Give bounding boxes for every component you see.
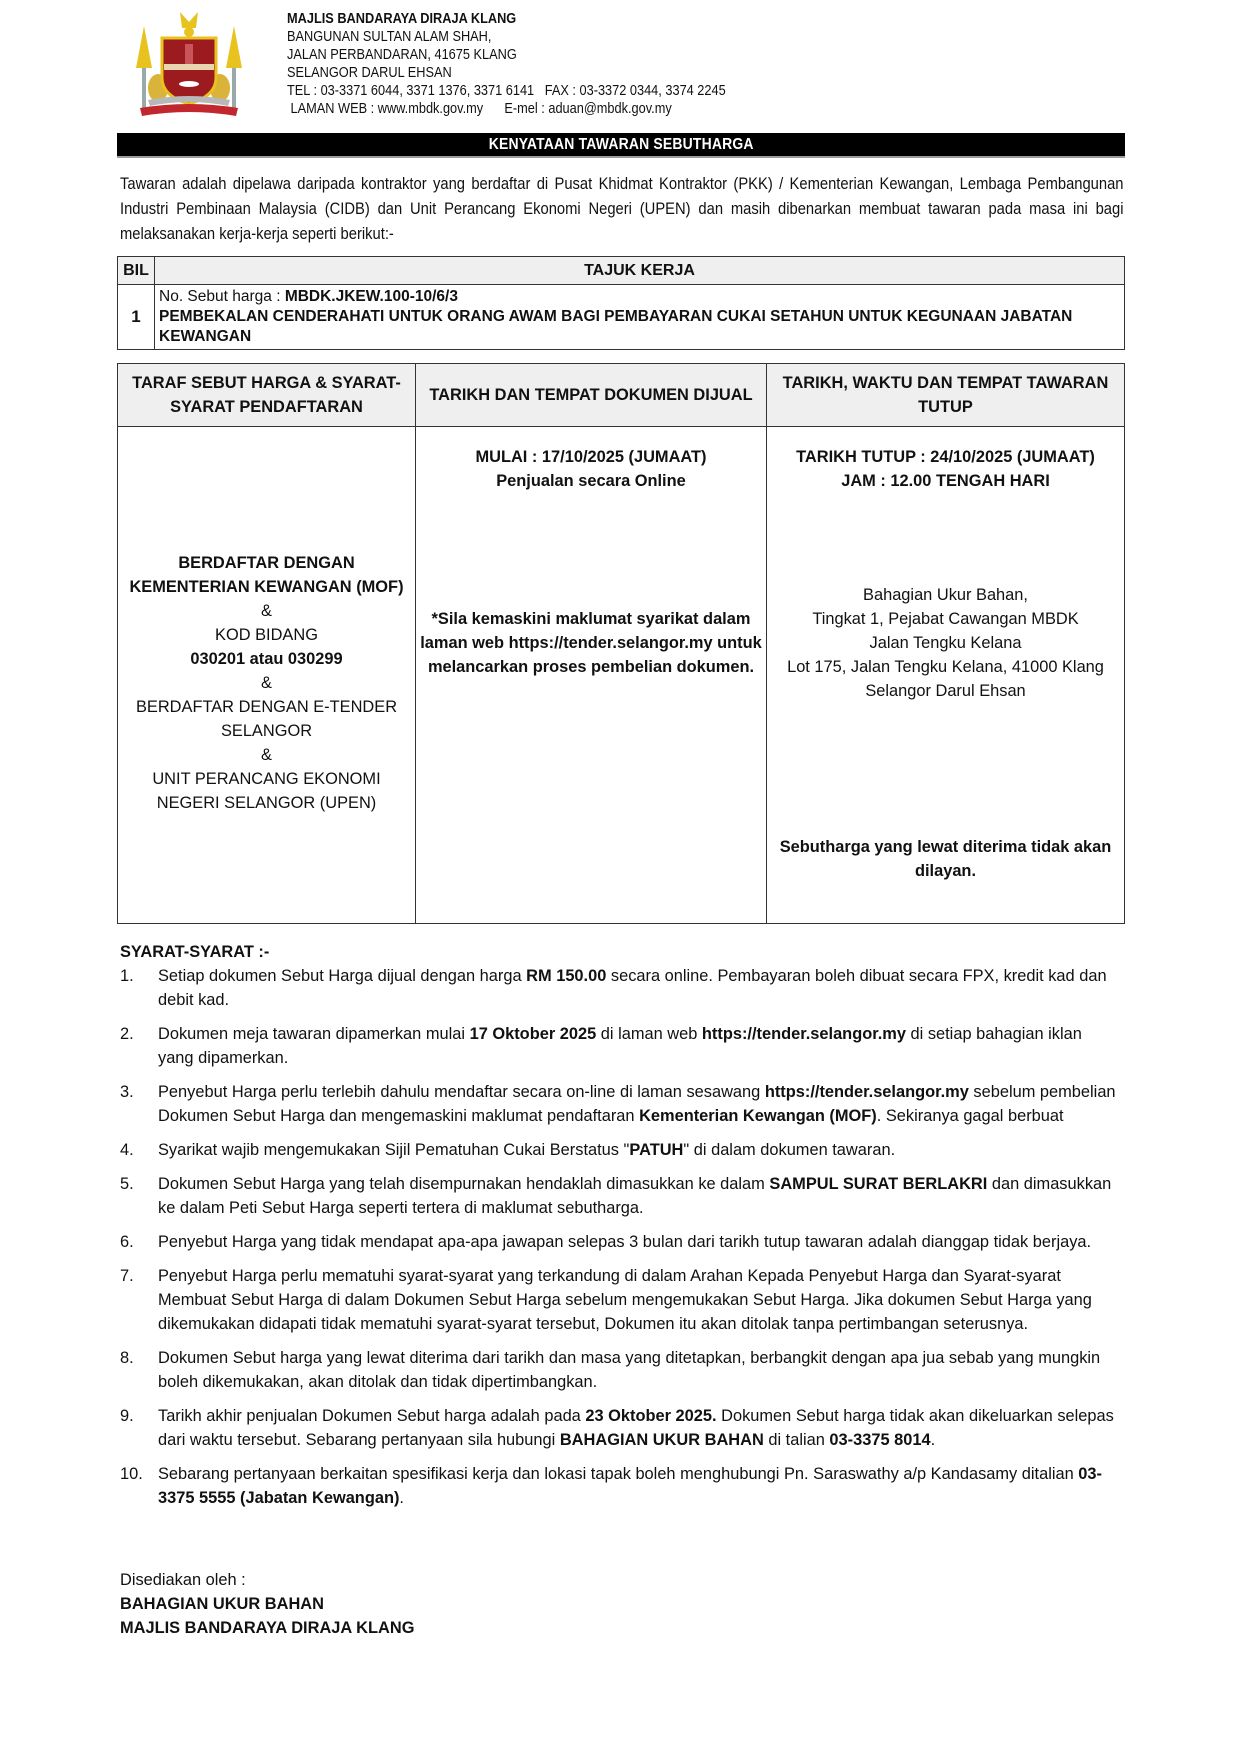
condition-number: 3. bbox=[120, 1080, 134, 1104]
condition-item: 4.Syarikat wajib mengemukakan Sijil Pema… bbox=[120, 1138, 1120, 1162]
prepared-by-department: BAHAGIAN UKUR BAHAN bbox=[120, 1592, 414, 1616]
condition-text: Tarikh akhir penjualan Dokumen Sebut har… bbox=[158, 1404, 1120, 1452]
reference-number: MBDK.JKEW.100-10/6/3 bbox=[285, 288, 458, 305]
mbdk-crest-icon bbox=[130, 8, 248, 120]
address-line: JALAN PERBANDARAN, 41675 KLANG bbox=[287, 46, 726, 64]
condition-item: 7.Penyebut Harga perlu mematuhi syarat-s… bbox=[120, 1264, 1120, 1336]
address-line: Bahagian Ukur Bahan, bbox=[767, 583, 1124, 607]
work-description: No. Sebut harga : MBDK.JKEW.100-10/6/3 P… bbox=[155, 285, 1125, 350]
prepared-by: Disediakan oleh : BAHAGIAN UKUR BAHAN MA… bbox=[120, 1568, 414, 1640]
document-title-bar: KENYATAAN TAWARAN SEBUTHARGA bbox=[117, 133, 1125, 156]
closing-cell: TARIKH TUTUP : 24/10/2025 (JUMAAT) JAM :… bbox=[767, 427, 1125, 924]
condition-text: Penyebut Harga perlu terlebih dahulu men… bbox=[158, 1080, 1120, 1128]
update-company-note: *Sila kemaskini maklumat syarikat dalam … bbox=[416, 607, 766, 679]
condition-number: 2. bbox=[120, 1022, 134, 1046]
condition-text: Setiap dokumen Sebut Harga dijual dengan… bbox=[158, 964, 1120, 1012]
tender-notice-page: MAJLIS BANDARAYA DIRAJA KLANG BANGUNAN S… bbox=[0, 0, 1241, 1755]
condition-number: 8. bbox=[120, 1346, 134, 1370]
condition-text: Sebarang pertanyaan berkaitan spesifikas… bbox=[158, 1462, 1120, 1510]
letterhead: MAJLIS BANDARAYA DIRAJA KLANG BANGUNAN S… bbox=[287, 10, 726, 118]
condition-item: 5.Dokumen Sebut Harga yang telah disempu… bbox=[120, 1172, 1120, 1220]
closing-time: JAM : 12.00 TENGAH HARI bbox=[767, 469, 1124, 493]
condition-item: 2.Dokumen meja tawaran dipamerkan mulai … bbox=[120, 1022, 1120, 1070]
address-line: BANGUNAN SULTAN ALAM SHAH, bbox=[287, 28, 726, 46]
table-row: 1 No. Sebut harga : MBDK.JKEW.100-10/6/3… bbox=[118, 285, 1125, 350]
registration-requirements-cell: BERDAFTAR DENGAN KEMENTERIAN KEWANGAN (M… bbox=[118, 427, 416, 924]
conditions-title: SYARAT-SYARAT :- bbox=[120, 940, 1120, 964]
condition-text: Dokumen Sebut Harga yang telah disempurn… bbox=[158, 1172, 1120, 1220]
address-line: Jalan Tengku Kelana bbox=[767, 631, 1124, 655]
address-line: SELANGOR DARUL EHSAN bbox=[287, 64, 726, 82]
row-number: 1 bbox=[118, 285, 155, 350]
ampersand: & bbox=[118, 599, 415, 623]
sale-mode: Penjualan secara Online bbox=[416, 469, 766, 493]
intro-paragraph: Tawaran adalah dipelawa daripada kontrak… bbox=[120, 172, 1124, 247]
requirement-etender: BERDAFTAR DENGAN E-TENDER SELANGOR bbox=[118, 695, 415, 743]
work-title: PEMBEKALAN CENDERAHATI UNTUK ORANG AWAM … bbox=[159, 307, 1120, 347]
requirement-upen: UNIT PERANCANG EKONOMI NEGERI SELANGOR (… bbox=[118, 767, 415, 815]
condition-text: Penyebut Harga perlu mematuhi syarat-sya… bbox=[158, 1264, 1120, 1336]
closing-address: Bahagian Ukur Bahan, Tingkat 1, Pejabat … bbox=[767, 583, 1124, 703]
condition-number: 9. bbox=[120, 1404, 134, 1428]
web-email-line: LAMAN WEB : www.mbdk.gov.my E-mel : adua… bbox=[287, 100, 726, 118]
condition-number: 1. bbox=[120, 964, 134, 988]
condition-text: Penyebut Harga yang tidak mendapat apa-a… bbox=[158, 1230, 1120, 1254]
condition-number: 10. bbox=[120, 1462, 143, 1486]
kod-bidang-label: KOD BIDANG bbox=[118, 623, 415, 647]
tel-fax-line: TEL : 03-3371 6044, 3371 1376, 3371 6141… bbox=[287, 82, 726, 100]
condition-item: 6.Penyebut Harga yang tidak mendapat apa… bbox=[120, 1230, 1120, 1254]
work-title-table: BIL TAJUK KERJA 1 No. Sebut harga : MBDK… bbox=[117, 256, 1125, 350]
address-line: Tingkat 1, Pejabat Cawangan MBDK bbox=[767, 607, 1124, 631]
condition-item: 10.Sebarang pertanyaan berkaitan spesifi… bbox=[120, 1462, 1120, 1510]
condition-number: 6. bbox=[120, 1230, 134, 1254]
conditions-list: 1.Setiap dokumen Sebut Harga dijual deng… bbox=[120, 964, 1120, 1510]
document-sale-cell: MULAI : 17/10/2025 (JUMAAT) Penjualan se… bbox=[416, 427, 767, 924]
address-line: Lot 175, Jalan Tengku Kelana, 41000 Klan… bbox=[767, 655, 1124, 679]
late-submission-notice: Sebutharga yang lewat diterima tidak aka… bbox=[777, 835, 1114, 883]
header-document-sale: TARIKH DAN TEMPAT DOKUMEN DIJUAL bbox=[416, 364, 767, 427]
condition-number: 5. bbox=[120, 1172, 134, 1196]
sale-start-date: MULAI : 17/10/2025 (JUMAAT) bbox=[416, 445, 766, 469]
condition-text: Dokumen Sebut harga yang lewat diterima … bbox=[158, 1346, 1120, 1394]
bil-header: BIL bbox=[118, 257, 155, 285]
condition-text: Syarikat wajib mengemukakan Sijil Pematu… bbox=[158, 1138, 1120, 1162]
table-row: BERDAFTAR DENGAN KEMENTERIAN KEWANGAN (M… bbox=[118, 427, 1125, 924]
condition-item: 8.Dokumen Sebut harga yang lewat diterim… bbox=[120, 1346, 1120, 1394]
ampersand: & bbox=[118, 671, 415, 695]
document-title: KENYATAAN TAWARAN SEBUTHARGA bbox=[489, 133, 754, 156]
condition-number: 4. bbox=[120, 1138, 134, 1162]
reference-label: No. Sebut harga : bbox=[159, 288, 285, 305]
conditions-section: SYARAT-SYARAT :- 1.Setiap dokumen Sebut … bbox=[120, 940, 1120, 1510]
condition-item: 1.Setiap dokumen Sebut Harga dijual deng… bbox=[120, 964, 1120, 1012]
prepared-by-label: Disediakan oleh : bbox=[120, 1568, 414, 1592]
address-line: Selangor Darul Ehsan bbox=[767, 679, 1124, 703]
requirement-mof-line1: BERDAFTAR DENGAN bbox=[118, 551, 415, 575]
tajuk-kerja-header: TAJUK KERJA bbox=[155, 257, 1125, 285]
ampersand: & bbox=[118, 743, 415, 767]
condition-item: 3.Penyebut Harga perlu terlebih dahulu m… bbox=[120, 1080, 1120, 1128]
requirement-mof-line2: KEMENTERIAN KEWANGAN (MOF) bbox=[118, 575, 415, 599]
organization-name: MAJLIS BANDARAYA DIRAJA KLANG bbox=[287, 10, 726, 28]
kod-bidang-value: 030201 atau 030299 bbox=[118, 647, 415, 671]
header-closing: TARIKH, WAKTU DAN TEMPAT TAWARAN TUTUP bbox=[767, 364, 1125, 427]
tender-details-table: TARAF SEBUT HARGA & SYARAT-SYARAT PENDAF… bbox=[117, 363, 1125, 924]
closing-date: TARIKH TUTUP : 24/10/2025 (JUMAAT) bbox=[767, 445, 1124, 469]
condition-number: 7. bbox=[120, 1264, 134, 1288]
prepared-by-organization: MAJLIS BANDARAYA DIRAJA KLANG bbox=[120, 1616, 414, 1640]
header-registration-requirements: TARAF SEBUT HARGA & SYARAT-SYARAT PENDAF… bbox=[118, 364, 416, 427]
condition-item: 9.Tarikh akhir penjualan Dokumen Sebut h… bbox=[120, 1404, 1120, 1452]
condition-text: Dokumen meja tawaran dipamerkan mulai 17… bbox=[158, 1022, 1120, 1070]
